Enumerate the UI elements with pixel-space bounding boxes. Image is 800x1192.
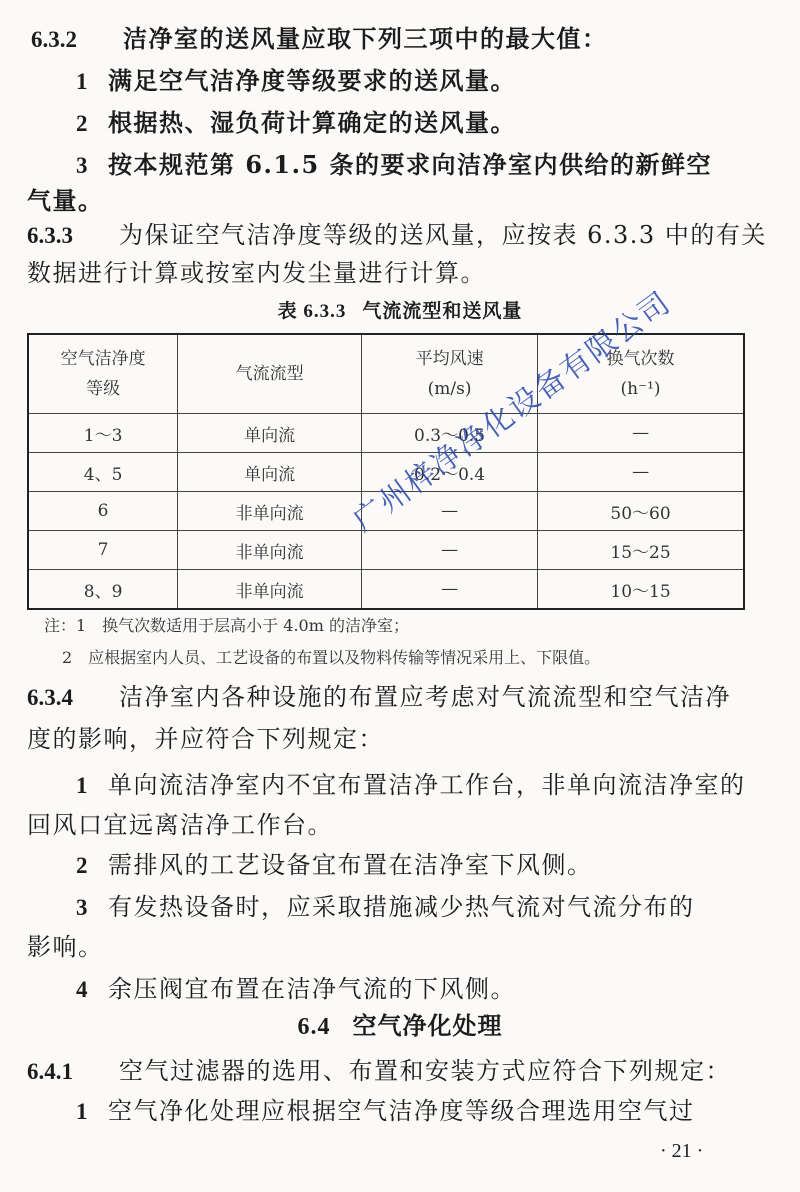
clause-text: 洁净室内各种设施的布置应考虑对气流流型和空气洁净 (119, 683, 731, 711)
section-heading: 6.4空气净化处理 (0, 1006, 800, 1041)
item-text: 满足空气洁净度等级要求的送风量。 (108, 66, 516, 95)
clause-text: 为保证空气洁净度等级的送风量，应按表 6.3.3 中的有关 (119, 221, 767, 249)
table-cell: 8、9 (28, 570, 178, 610)
table-row: 1～3 单向流 0.3～0.5 — (28, 414, 744, 453)
list-item: 3按本规范第 6.1.5 条的要求向洁净室内供给的新鲜空 (76, 150, 712, 181)
section-number: 6.4 (298, 1014, 331, 1040)
item-text: 有发热设备时，应采取措施减少热气流对气流分布的 (108, 893, 695, 921)
table-note-1: 注：1 换气次数适用于层高小于 4.0m 的洁净室； (44, 615, 409, 637)
table-cell: — (538, 414, 744, 453)
table-cell: — (362, 570, 538, 610)
table-note-2: 2 应根据室内人员、工艺设备的布置以及物料传输等情况采用上、下限值。 (62, 647, 600, 669)
clause-text: 洁净室的送风量应取下列三项中的最大值： (123, 24, 608, 53)
table-cell: 单向流 (178, 414, 362, 453)
table-cell: 6 (28, 492, 178, 531)
clause-number: 6.3.3 (27, 221, 119, 251)
item-number: 1 (76, 771, 108, 801)
table-cell: — (538, 453, 744, 492)
item-number: 2 (76, 851, 108, 881)
table-row: 8、9 非单向流 — 10～15 (28, 570, 744, 610)
clause-6-3-3: 6.3.3为保证空气洁净度等级的送风量，应按表 6.3.3 中的有关 (27, 220, 767, 251)
item-text: 余压阀宜布置在洁净气流的下风侧。 (108, 975, 516, 1003)
item-continuation: 气量。 (27, 186, 104, 216)
table-header-row: 空气洁净度等级 气流流型 平均风速(m/s) 换气次数(h⁻¹) (28, 334, 744, 414)
clause-number: 6.3.4 (27, 683, 119, 713)
item-continuation: 回风口宜远离洁净工作台。 (27, 810, 333, 840)
item-text: 需排风的工艺设备宜布置在洁净室下风侧。 (108, 851, 593, 879)
item-number: 1 (76, 67, 108, 97)
table-cell: 50～60 (538, 492, 744, 531)
table-cell: — (362, 531, 538, 570)
item-continuation: 影响。 (27, 932, 104, 962)
table-caption-number: 表 6.3.3 (278, 301, 347, 322)
clause-continuation: 数据进行计算或按室内发尘量进行计算。 (27, 258, 486, 288)
clause-6-3-4: 6.3.4洁净室内各种设施的布置应考虑对气流流型和空气洁净 (27, 682, 731, 713)
list-item: 3有发热设备时，应采取措施减少热气流对气流分布的 (76, 892, 695, 923)
list-item: 1空气净化处理应根据空气洁净度等级合理选用空气过 (76, 1096, 695, 1127)
table-cell: 1～3 (28, 414, 178, 453)
table-cell: 4、5 (28, 453, 178, 492)
clause-number: 6.3.2 (31, 25, 123, 55)
list-item: 2根据热、湿负荷计算确定的送风量。 (76, 108, 516, 139)
item-text: 按本规范第 6.1.5 条的要求向洁净室内供给的新鲜空 (108, 150, 712, 179)
item-text: 单向流洁净室内不宜布置洁净工作台，非单向流洁净室的 (108, 771, 746, 799)
clause-6-4-1: 6.4.1空气过滤器的选用、布置和安装方式应符合下列规定： (27, 1056, 731, 1087)
table-cell: 非单向流 (178, 492, 362, 531)
item-number: 2 (76, 109, 108, 139)
table-cell: 非单向流 (178, 531, 362, 570)
item-number: 3 (76, 151, 108, 181)
item-text: 空气净化处理应根据空气洁净度等级合理选用空气过 (108, 1097, 695, 1125)
clause-continuation: 度的影响，并应符合下列规定： (27, 724, 384, 754)
table-caption-title: 气流流型和送风量 (362, 300, 522, 322)
table-cell: 7 (28, 531, 178, 570)
item-number: 4 (76, 975, 108, 1005)
item-number: 3 (76, 893, 108, 923)
item-number: 1 (76, 1097, 108, 1127)
table-cell: 10～15 (538, 570, 744, 610)
table-cell: 非单向流 (178, 570, 362, 610)
table-cell: 单向流 (178, 453, 362, 492)
table-cell: 15～25 (538, 531, 744, 570)
table-caption: 表 6.3.3气流流型和送风量 (0, 296, 800, 323)
header-airflow-pattern: 气流流型 (178, 334, 362, 414)
clause-text: 空气过滤器的选用、布置和安装方式应符合下列规定： (119, 1057, 731, 1085)
list-item: 2需排风的工艺设备宜布置在洁净室下风侧。 (76, 850, 593, 881)
section-title: 空气净化处理 (353, 1011, 503, 1040)
clause-number: 6.4.1 (27, 1057, 119, 1087)
page-number: · 21 · (660, 1140, 703, 1163)
clause-6-3-2: 6.3.2洁净室的送风量应取下列三项中的最大值： (31, 24, 608, 55)
item-text: 根据热、湿负荷计算确定的送风量。 (108, 108, 516, 137)
table-row: 7 非单向流 — 15～25 (28, 531, 744, 570)
list-item: 4余压阀宜布置在洁净气流的下风侧。 (76, 974, 516, 1005)
list-item: 1单向流洁净室内不宜布置洁净工作台，非单向流洁净室的 (76, 770, 746, 801)
header-cleanliness-class: 空气洁净度等级 (28, 334, 178, 414)
list-item: 1满足空气洁净度等级要求的送风量。 (76, 66, 516, 97)
